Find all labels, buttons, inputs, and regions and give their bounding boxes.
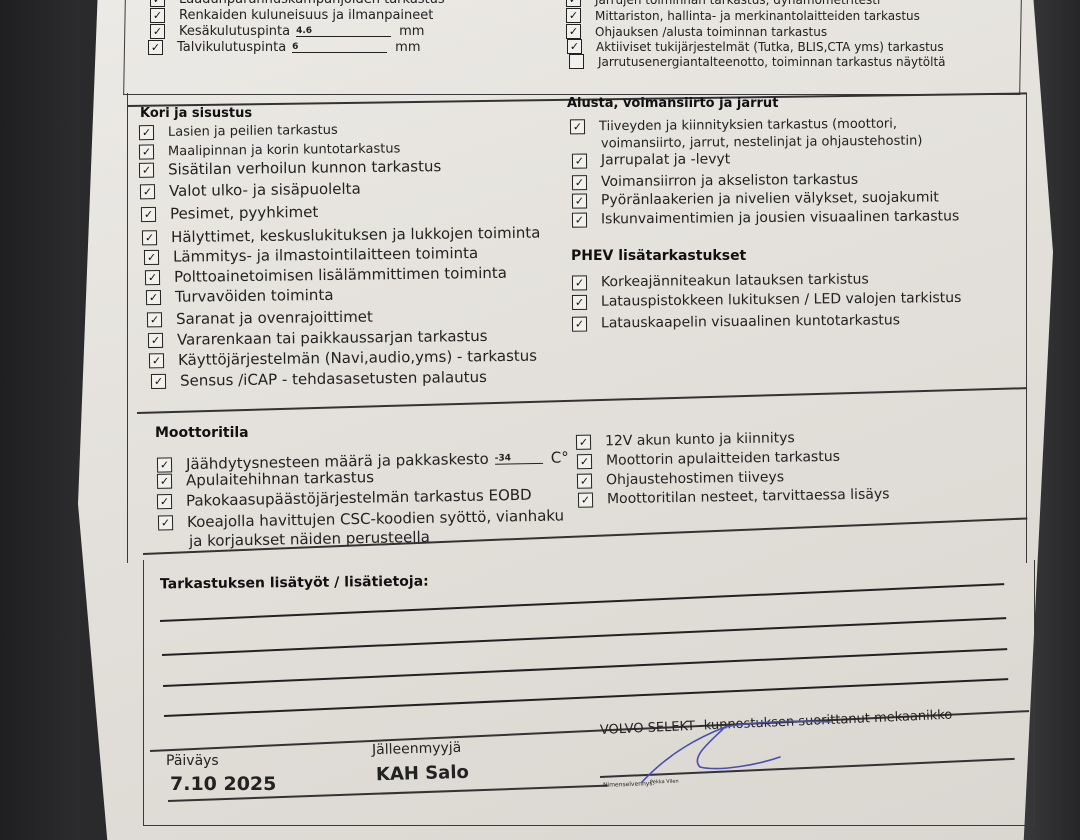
section-title-alusta: Alusta, voimansiirto ja jarrut xyxy=(567,96,778,111)
checkbox[interactable]: ✓ xyxy=(572,316,587,331)
checkbox[interactable]: ✓ xyxy=(148,40,163,55)
checklist-label: Iskunvaimentimien ja jousien visuaalinen… xyxy=(601,208,959,227)
checklist-item: ✓Pesimet, pyyhkimet xyxy=(141,203,319,223)
checklist-label: Apulaitehihnan tarkastus xyxy=(186,468,374,489)
checklist-label: Jarrutusenergiantalteenotto, toiminnan t… xyxy=(598,55,946,69)
checkbox[interactable]: ✓ xyxy=(157,494,172,509)
checklist-item: ✓Talvikulutuspinta6mm xyxy=(148,40,421,55)
checkbox[interactable]: ✓ xyxy=(144,249,159,264)
measurement-field[interactable]: 6 xyxy=(292,42,387,53)
checkbox[interactable]: ✓ xyxy=(572,153,587,168)
checkbox[interactable]: ✓ xyxy=(570,119,585,134)
checklist-item: ✓Latauskaapelin visuaalinen kuntotarkast… xyxy=(572,312,900,331)
measurement-unit: mm xyxy=(395,40,420,55)
checklist-label: Maalipinnan ja korin kuntotarkastus xyxy=(168,141,400,159)
checklist-label: Saranat ja ovenrajoittimet xyxy=(176,308,373,328)
checklist-label: Aktiiviset tukijärjestelmät (Tutka, BLIS… xyxy=(596,40,944,54)
checklist-label: Kesäkulutuspinta xyxy=(179,24,290,39)
checklist-label-continued: voimansiirto, jarrut, nestelinjat ja ohj… xyxy=(601,134,923,152)
checklist-label: Sensus /iCAP - tehdasasetusten palautus xyxy=(180,368,487,390)
checklist-item: ✓Iskunvaimentimien ja jousien visuaaline… xyxy=(572,208,959,227)
checkbox[interactable]: ✓ xyxy=(158,515,173,530)
checklist-item: ✓Korkeajänniteakun latauksen tarkistus xyxy=(572,271,869,290)
checkbox[interactable]: ✓ xyxy=(151,373,166,388)
measurement-field[interactable]: -34 xyxy=(495,452,543,464)
checklist-item: ✓Sisätilan verhoilun kunnon tarkastus xyxy=(139,157,441,179)
checklist-label: Ohjauksen /alusta toiminnan tarkastus xyxy=(595,25,827,39)
checklist-item: ✓Turvavöiden toiminta xyxy=(146,286,334,306)
checklist-label: Voimansiirron ja akseliston tarkastus xyxy=(601,172,858,190)
checklist-label: Pyöränlaakerien ja nivelien välykset, su… xyxy=(601,189,939,208)
checklist-item: ✓Renkaiden kuluneisuus ja ilmanpaineet xyxy=(150,8,433,23)
checkbox[interactable]: ✓ xyxy=(147,312,162,327)
checklist-item: ✓Saranat ja ovenrajoittimet xyxy=(147,308,373,329)
checklist-item: Jarrutusenergiantalteenotto, toiminnan t… xyxy=(569,54,946,69)
checklist-item: ✓Tiiveyden ja kiinnityksien tarkastus (m… xyxy=(570,117,897,135)
checklist-label: Pesimet, pyyhkimet xyxy=(170,203,319,223)
checkbox[interactable] xyxy=(569,54,584,69)
checkbox[interactable]: ✓ xyxy=(150,0,165,7)
checkbox[interactable]: ✓ xyxy=(146,289,161,304)
checklist-label: Laadunparannuskampanjoiden tarkastus xyxy=(179,0,445,7)
checkbox[interactable]: ✓ xyxy=(572,275,587,290)
checklist-label: Latauskaapelin visuaalinen kuntotarkastu… xyxy=(601,312,900,331)
checklist-item: ✓Kesäkulutuspinta4.6mm xyxy=(150,24,424,39)
dealer-label: Jälleenmyyjä xyxy=(372,740,462,758)
checkbox[interactable]: ✓ xyxy=(142,230,157,245)
checkbox[interactable]: ✓ xyxy=(145,270,160,285)
checklist-label: Valot ulko- ja sisäpuolelta xyxy=(169,180,361,200)
checklist-label: Tiiveyden ja kiinnityksien tarkastus (mo… xyxy=(599,117,897,135)
notes-title: Tarkastuksen lisätyöt / lisätietoja: xyxy=(160,574,429,593)
checkbox[interactable]: ✓ xyxy=(566,0,581,7)
checklist-item: ✓Aktiiviset tukijärjestelmät (Tutka, BLI… xyxy=(567,39,944,54)
checklist-item: ✓Lasien ja peilien tarkastus xyxy=(139,123,338,140)
checkbox[interactable]: ✓ xyxy=(157,473,172,488)
measurement-field[interactable]: 4.6 xyxy=(296,26,391,37)
checklist-item: ✓Apulaitehihnan tarkastus xyxy=(157,468,374,490)
checklist-label: Lasien ja peilien tarkastus xyxy=(168,123,338,140)
checkbox[interactable]: ✓ xyxy=(578,492,593,507)
section-title-moottoritila: Moottoritila xyxy=(155,425,249,441)
checklist-label: Jarrujen toiminnan tarkastus, dynamometr… xyxy=(595,0,880,7)
checklist-label: Lämmitys- ja ilmastointilaitteen toimint… xyxy=(173,244,478,266)
checkbox[interactable]: ✓ xyxy=(150,8,165,23)
checklist-item: ✓Jarrupalat ja -levyt xyxy=(572,151,730,168)
checklist-label: Ohjaustehostimen tiiveys xyxy=(606,469,784,488)
checklist-item: ✓Maalipinnan ja korin kuntotarkastus xyxy=(139,141,400,159)
checklist-label: Jarrupalat ja -levyt xyxy=(601,151,730,168)
checkbox[interactable]: ✓ xyxy=(567,39,582,54)
background-left xyxy=(0,0,80,840)
checklist-label: Turvavöiden toiminta xyxy=(175,286,334,306)
checklist-item: ✓Valot ulko- ja sisäpuolelta xyxy=(140,180,361,201)
section-title-kori: Kori ja sisustus xyxy=(140,106,252,121)
dealer-value: KAH Salo xyxy=(376,762,469,785)
section-title-phev: PHEV lisätarkastukset xyxy=(571,248,746,264)
checkbox[interactable]: ✓ xyxy=(150,24,165,39)
checklist-label: 12V akun kunto ja kiinnitys xyxy=(605,430,795,449)
checkbox[interactable]: ✓ xyxy=(141,206,156,221)
checkbox[interactable]: ✓ xyxy=(566,24,581,39)
measurement-unit: C° xyxy=(551,448,569,466)
checkbox[interactable]: ✓ xyxy=(572,175,587,190)
checklist-item: ✓Pyöränlaakerien ja nivelien välykset, s… xyxy=(572,189,939,208)
checkbox[interactable]: ✓ xyxy=(157,457,172,472)
checkbox[interactable]: ✓ xyxy=(572,294,587,309)
checklist-label: Vararenkaan tai paikkaussarjan tarkastus xyxy=(177,327,488,349)
checkbox[interactable]: ✓ xyxy=(139,125,154,140)
checkbox[interactable]: ✓ xyxy=(139,144,154,159)
checklist-label: Korkeajänniteakun latauksen tarkistus xyxy=(601,271,869,290)
checkbox[interactable]: ✓ xyxy=(566,8,581,23)
checklist-label: Talvikulutuspinta xyxy=(177,40,286,55)
checklist-item: ✓Mittariston, hallinta- ja merkinantolai… xyxy=(566,8,920,23)
date-label: Päiväys xyxy=(166,753,219,769)
date-value: 7.10 2025 xyxy=(170,773,276,795)
checklist-item: ✓Ohjauksen /alusta toiminnan tarkastus xyxy=(566,24,827,39)
checklist-label: Renkaiden kuluneisuus ja ilmanpaineet xyxy=(179,8,433,23)
checklist-item: ✓Voimansiirron ja akseliston tarkastus xyxy=(572,172,858,190)
checkbox[interactable]: ✓ xyxy=(149,353,164,368)
checklist-label: Mittariston, hallinta- ja merkinantolait… xyxy=(595,9,920,23)
checkbox[interactable]: ✓ xyxy=(577,454,592,469)
checklist-label: Sisätilan verhoilun kunnon tarkastus xyxy=(168,157,441,178)
measurement-unit: mm xyxy=(399,24,424,39)
checkbox[interactable]: ✓ xyxy=(148,332,163,347)
checklist-item: ✓Laadunparannuskampanjoiden tarkastus xyxy=(150,0,445,7)
checkbox[interactable]: ✓ xyxy=(576,434,591,449)
checklist-item: ✓Jarrujen toiminnan tarkastus, dynamomet… xyxy=(566,0,880,7)
checkbox[interactable]: ✓ xyxy=(572,212,587,227)
checkbox[interactable]: ✓ xyxy=(140,184,155,199)
mechanic-signature xyxy=(630,712,850,792)
checkbox[interactable]: ✓ xyxy=(139,162,154,177)
checkbox[interactable]: ✓ xyxy=(572,193,587,208)
checkbox[interactable]: ✓ xyxy=(577,473,592,488)
